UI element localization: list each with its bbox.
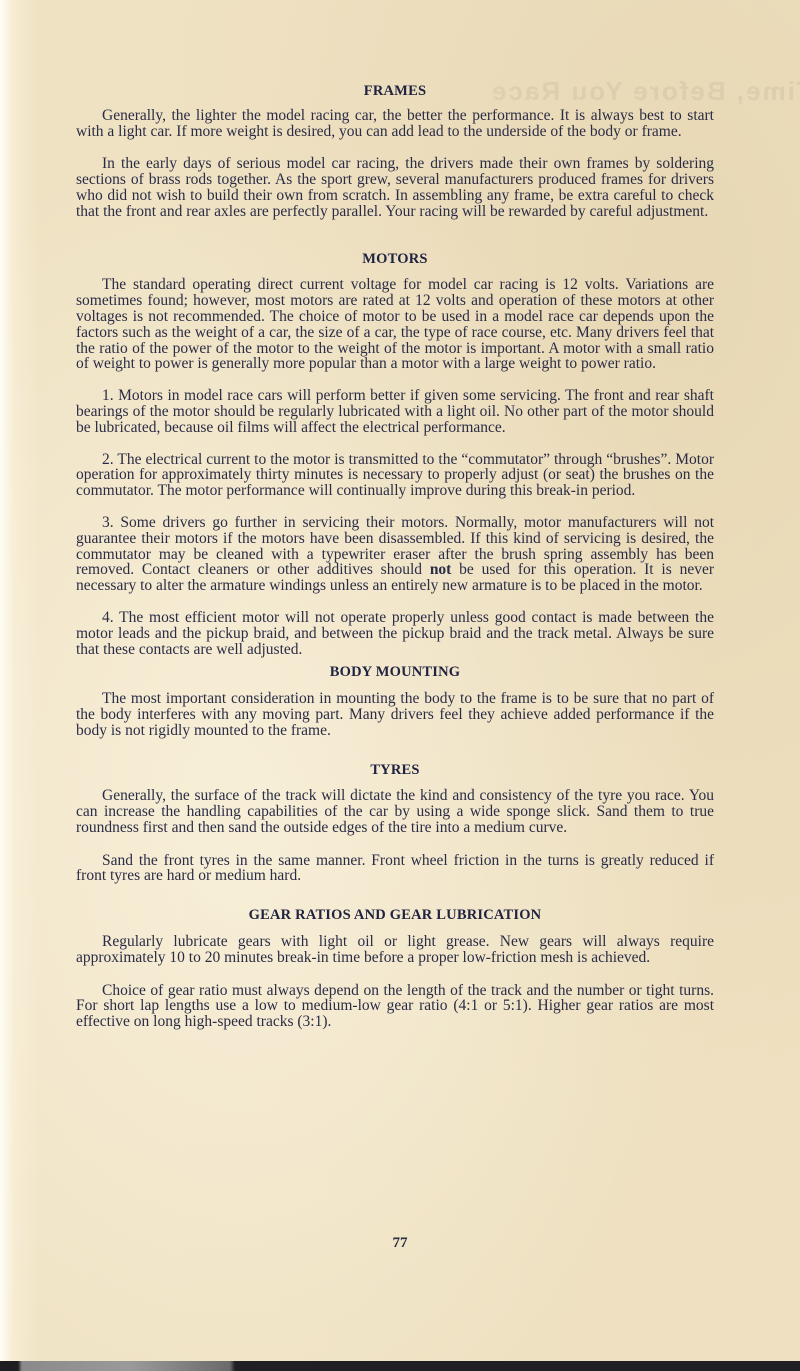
paragraph: Regularly lubricate gears with light oil… xyxy=(76,934,714,966)
section-body-mounting: BODY MOUNTING The most important conside… xyxy=(76,665,714,738)
paragraph: 1. Motors in model race cars will perfor… xyxy=(76,388,714,435)
section-frames: FRAMES Generally, the lighter the model … xyxy=(76,84,714,220)
paragraph: Generally, the lighter the model racing … xyxy=(76,108,714,140)
paragraph: Sand the front tyres in the same manner.… xyxy=(76,853,714,885)
section-heading: GEAR RATIOS AND GEAR LUBRICATION xyxy=(76,908,714,924)
paragraph: The most important consideration in moun… xyxy=(76,691,714,738)
page-number: 77 xyxy=(0,1235,800,1252)
paragraph: Generally, the surface of the track will… xyxy=(76,788,714,835)
paragraph: The standard operating direct current vo… xyxy=(76,277,714,372)
paragraph: 4. The most efficient motor will not ope… xyxy=(76,610,714,657)
paragraph: 2. The electrical current to the motor i… xyxy=(76,452,714,499)
paragraph: Choice of gear ratio must always depend … xyxy=(76,983,714,1030)
paragraph: In the early days of serious model car r… xyxy=(76,156,714,219)
paragraph-item-3: 3. Some drivers go further in servicing … xyxy=(76,515,714,594)
section-motors: MOTORS The standard operating direct cur… xyxy=(76,252,714,658)
section-gear-ratios: GEAR RATIOS AND GEAR LUBRICATION Regular… xyxy=(76,908,714,1030)
section-heading: TYRES xyxy=(76,763,714,779)
emphasis-text: not xyxy=(430,561,452,578)
page-content: FRAMES Generally, the lighter the model … xyxy=(76,84,714,1030)
book-page: Each Time, Before You Race FRAMES Genera… xyxy=(0,0,800,1361)
section-tyres: TYRES Generally, the surface of the trac… xyxy=(76,763,714,885)
section-heading: FRAMES xyxy=(76,84,714,100)
scan-edge xyxy=(0,1361,800,1371)
section-heading: BODY MOUNTING xyxy=(76,665,714,681)
section-heading: MOTORS xyxy=(76,252,714,268)
